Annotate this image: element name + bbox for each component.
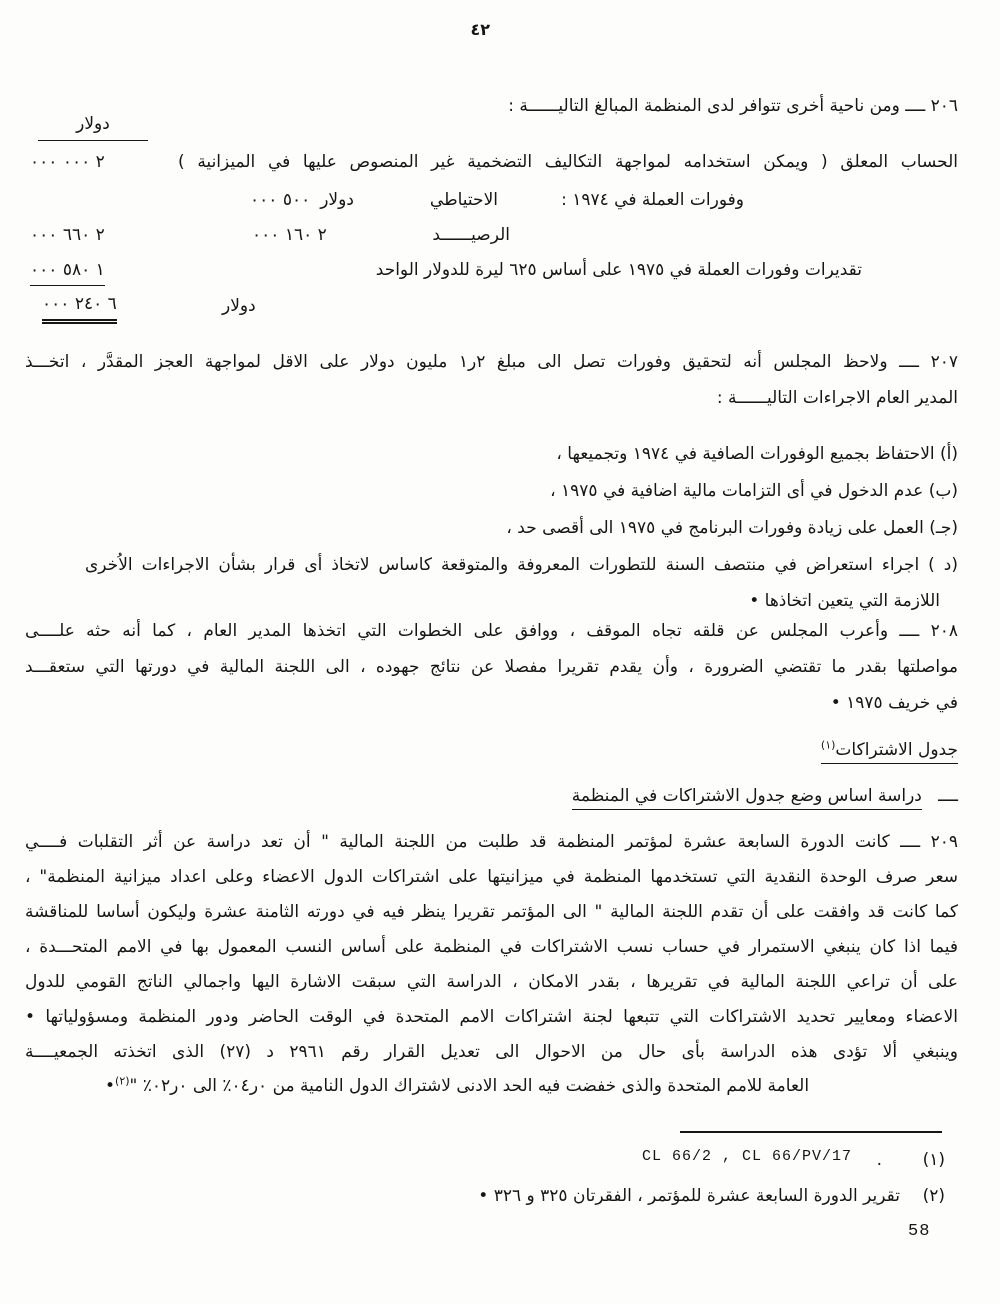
list-item-a: (أ) الاحتفاظ بجميع الوفورات الصافية في ١…	[556, 440, 958, 468]
footnote-2-marker: (٢)	[923, 1182, 945, 1210]
paragraph-209-line8-text: العامة للامم المتحدة والذى خفضت فيه الحد…	[130, 1076, 810, 1096]
paragraph-208-line2: مواصلتها بقدر ما تقتضي الضرورة ، وأن يقد…	[25, 653, 958, 681]
table-total-amount: ٦ ٢٤٠ ٠٠٠	[42, 292, 117, 324]
paragraph-209-line6: الاعضاء ومعايير تحديد الاشتراكات التي تت…	[25, 1003, 958, 1031]
table-total-unit: دولار	[222, 292, 256, 320]
paragraph-209-line4: فيما اذا كان ينبغي الاستمرار في حساب نسب…	[25, 933, 958, 961]
paragraph-208-line1: ٢٠٨ ــــ وأعرب المجلس عن قلقه تجاه الموق…	[25, 617, 958, 645]
paragraph-207-line1: ٢٠٧ ــــ ولاحظ المجلس أنه لتحقيق وفورات …	[25, 348, 958, 376]
list-item-d-continuation: اللازمة التي يتعين اتخاذها •	[749, 587, 940, 615]
list-item-b: (ب) عدم الدخول في أى التزامات مالية اضاف…	[550, 477, 958, 505]
reserve-amount: ٥٠٠ ٠٠٠	[250, 188, 310, 212]
paragraph-209-line3: كما كانت قد وافقت على أن تقدم اللجنة الم…	[25, 898, 958, 926]
table-row3-text: تقديرات وفورات العملة في ١٩٧٥ على أساس ٦…	[376, 256, 862, 284]
table-row2-reserve-label: الاحتياطي	[430, 186, 498, 214]
footnote-1-marker: (١)	[923, 1146, 945, 1174]
scanned-document-page: ٤٢ ٢٠٦ ــــ ومن ناحية أخرى تتوافر لدى ال…	[0, 0, 1000, 1304]
paragraph-209-terminator: •	[105, 1076, 115, 1096]
table-row1-amount: ٢ ٠٠٠ ٠٠٠	[30, 150, 105, 174]
table-row2-reserve-value: ٥٠٠ ٠٠٠ دولار	[250, 188, 354, 212]
footnote-1-period: .	[877, 1146, 882, 1174]
section-subheading: ــــ دراسة اساس وضع جدول الاشتراكات في ا…	[572, 782, 958, 810]
paragraph-209-line1: ٢٠٩ ــــ كانت الدورة السابعة عشرة لمؤتمر…	[25, 828, 958, 856]
paragraph-207-line2: المدير العام الاجراءات التاليــــــة :	[717, 384, 958, 412]
subheading-dash: ــــ	[938, 786, 958, 806]
table-row2-balance-amount: ٢ ١٦٠ ٠٠٠	[252, 223, 327, 247]
table-row2-balance-label: الرصيــــــد	[432, 221, 510, 249]
subheading-text: دراسة اساس وضع جدول الاشتراكات في المنظم…	[572, 786, 922, 810]
paragraph-209-line2: سعر صرف الوحدة النقدية التي تستخدمها الم…	[25, 863, 958, 891]
footnote-2-text: تقرير الدورة السابعة عشرة للمؤتمر ، الفق…	[478, 1182, 900, 1210]
paragraph-209-line8: العامة للامم المتحدة والذى خفضت فيه الحد…	[105, 1072, 809, 1100]
paragraph-208-line3: في خريف ١٩٧٥ •	[831, 689, 958, 717]
footnote-separator-rule	[680, 1131, 942, 1133]
paragraph-209-line7: وينبغي ألا تؤدى هذه الدراسة بأى حال من ا…	[25, 1038, 958, 1066]
list-item-j: (جـ) العمل على زيادة وفورات البرنامج في …	[506, 514, 958, 542]
list-item-d: (د ) اجراء استعراض في منتصف السنة للتطور…	[85, 551, 958, 579]
section-heading-label: جدول الاشتراكات	[835, 740, 958, 760]
table-row2-label: وفورات العملة في ١٩٧٤ :	[561, 186, 744, 214]
page-number-top: ٤٢	[470, 16, 490, 44]
section-heading-footnote-ref: (١)	[821, 738, 836, 751]
paragraph-206-intro: ٢٠٦ ــــ ومن ناحية أخرى تتوافر لدى المنظ…	[508, 92, 958, 120]
table-row2-subtotal: ٢ ٦٦٠ ٠٠٠	[30, 223, 105, 247]
paragraph-209-footnote-ref: (٢)	[115, 1074, 130, 1087]
paragraph-209-line5: على أن تراعي اللجنة المالية في تقريرها ،…	[25, 968, 958, 996]
page-number-bottom: 58	[908, 1222, 930, 1241]
table-row3-amount: ١ ٥٨٠ ٠٠٠	[30, 258, 105, 286]
section-heading: جدول الاشتراكات(١)	[821, 736, 958, 764]
reserve-unit: دولار	[320, 190, 354, 210]
table-row1-text: الحساب المعلق ( ويمكن استخدامه لمواجهة ا…	[178, 148, 958, 176]
section-heading-text: جدول الاشتراكات(١)	[821, 740, 958, 764]
currency-column-header: دولار	[38, 112, 148, 141]
footnote-1-text: CL 66/2 , CL 66/PV/17	[642, 1148, 852, 1165]
